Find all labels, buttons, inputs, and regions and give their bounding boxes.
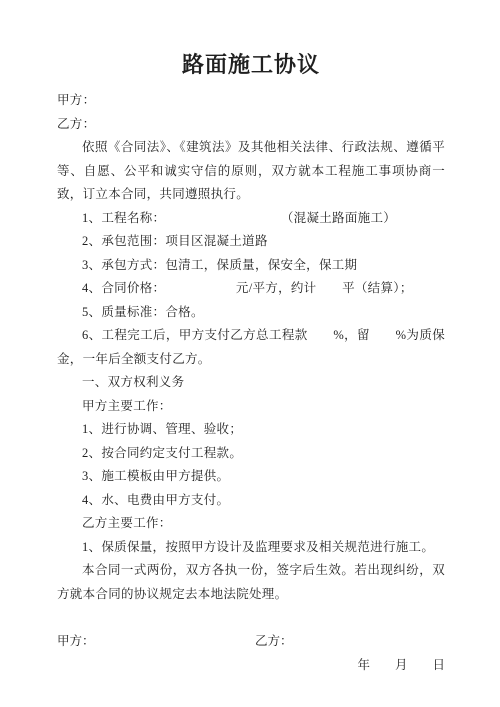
signature-party-b-label: 乙方： xyxy=(255,630,293,654)
party-a-duty-2: 2、按合同约定支付工程款。 xyxy=(57,442,445,466)
document-page: 路面施工协议 甲方： 乙方： 依照《合同法》、《建筑法》及其他相关法律、行政法规… xyxy=(0,0,500,707)
party-a-duty-4: 4、水、电费由甲方支付。 xyxy=(57,489,445,513)
party-a-duties-header: 甲方主要工作： xyxy=(57,395,445,419)
signature-party-a-label: 甲方： xyxy=(57,630,255,654)
party-b-line: 乙方： xyxy=(57,113,445,137)
signature-row: 甲方： 乙方： xyxy=(57,630,445,654)
party-a-duty-1: 1、进行协调、管理、验收； xyxy=(57,418,445,442)
clause-contract-method: 3、承包方式：包清工，保质量，保安全，保工期 xyxy=(57,254,445,278)
clause-contract-scope: 2、承包范围：项目区混凝土道路 xyxy=(57,230,445,254)
party-b-duties-header: 乙方主要工作： xyxy=(57,512,445,536)
clause-project-name: 1、工程名称： （混凝土路面施工） xyxy=(57,207,445,231)
section-rights-obligations: 一、双方权利义务 xyxy=(57,371,445,395)
clause-payment: 6、工程完工后，甲方支付乙方总工程款 %，留 %为质保金，一年后全额支付乙方。 xyxy=(57,324,445,371)
party-a-line: 甲方： xyxy=(57,89,445,113)
preamble-paragraph: 依照《合同法》、《建筑法》及其他相关法律、行政法规、遵循平等、自愿、公平和诚实守… xyxy=(57,136,445,207)
clause-quality-standard: 5、质量标准：合格。 xyxy=(57,301,445,325)
closing-clause: 本合同一式两份，双方各执一份，签字后生效。若出现纠纷，双方就本合同的协议规定去本… xyxy=(57,559,445,606)
clause-contract-price: 4、合同价格： 元/平方，约计 平（结算）； xyxy=(57,277,445,301)
document-title: 路面施工协议 xyxy=(57,50,445,80)
date-line: 年 月 日 xyxy=(57,654,445,678)
party-a-duty-3: 3、施工模板由甲方提供。 xyxy=(57,465,445,489)
party-b-duty-1: 1、保质保量，按照甲方设计及监理要求及相关规范进行施工。 xyxy=(57,536,445,560)
